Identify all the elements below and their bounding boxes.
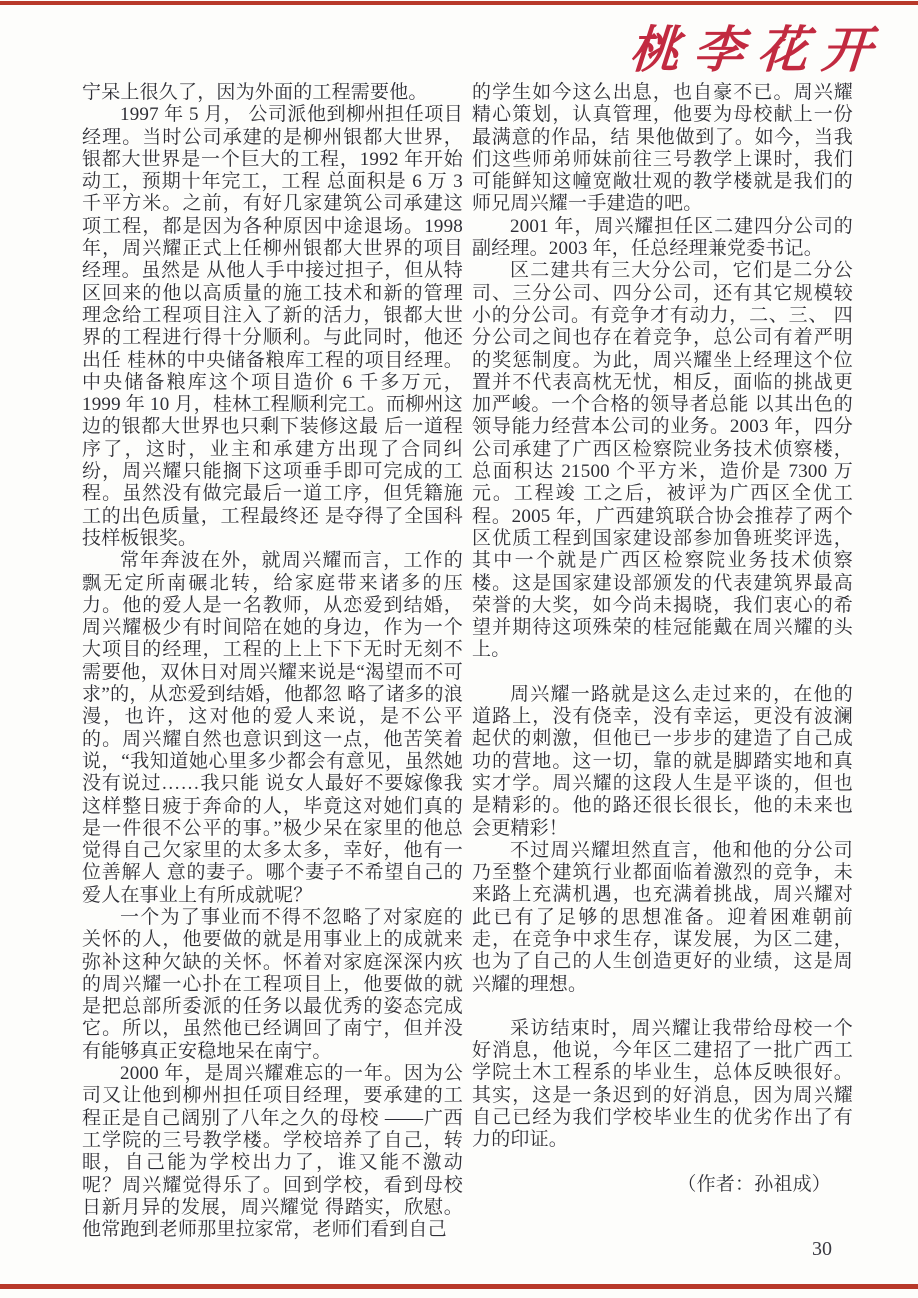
paragraph: 区二建共有三大分公司，它们是二分公司、三分公司、四分公司，还有其它规模较小的分公… — [472, 260, 853, 661]
paragraph: 采访结束时，周兴耀让我带给母校一个好消息，他说，今年区二建招了一批广西工学院土木… — [472, 1018, 853, 1152]
paragraph: 常年奔波在外，就周兴耀而言，工作的飘无定所南碾北转，给家庭带来诸多的压力。他的爱… — [82, 550, 463, 907]
magazine-title: 桃李花开 — [627, 10, 888, 82]
article-column-left: 宁呆上很久了，因为外面的工程需要他。 1997 年 5 月， 公司派他到柳州担任… — [82, 82, 463, 1241]
paragraph: 宁呆上很久了，因为外面的工程需要他。 — [82, 82, 463, 104]
paragraph: 2001 年，周兴耀担任区二建四分公司的副经理。2003 年，任总经理兼党委书记… — [472, 216, 853, 261]
author-credit: （作者：孙祖成） — [472, 1174, 853, 1196]
paragraph: 不过周兴耀坦然直言，他和他的分公司乃至整个建筑行业都面临着激烈的竞争，未来路上充… — [472, 840, 853, 996]
paragraph: 的学生如今这么出息，也自豪不已。周兴耀精心策划，认真管理，他要为母校献上一份最满… — [472, 82, 853, 216]
paragraph: 2000 年，是周兴耀难忘的一年。因为公司又让他到柳州担任项目经理，要承建的工程… — [82, 1063, 463, 1241]
paragraph: 1997 年 5 月， 公司派他到柳州担任项目经理。当时公司承建的是柳州银都大世… — [82, 104, 463, 550]
article-column-right: 的学生如今这么出息，也自豪不已。周兴耀精心策划，认真管理，他要为母校献上一份最满… — [472, 82, 853, 1196]
bottom-rule — [0, 1284, 918, 1289]
top-rule — [0, 1, 918, 5]
page-number: 30 — [812, 1238, 832, 1261]
paragraph: 周兴耀一路就是这么走过来的，在他的道路上，没有侥幸，没有幸运，更没有波澜起伏的刺… — [472, 684, 853, 840]
paragraph: 一个为了事业而不得不忽略了对家庭的关怀的人，他要做的就是用事业上的成就来弥补这种… — [82, 907, 463, 1063]
magazine-page: 桃李花开 宁呆上很久了，因为外面的工程需要他。 1997 年 5 月， 公司派他… — [0, 0, 918, 1298]
